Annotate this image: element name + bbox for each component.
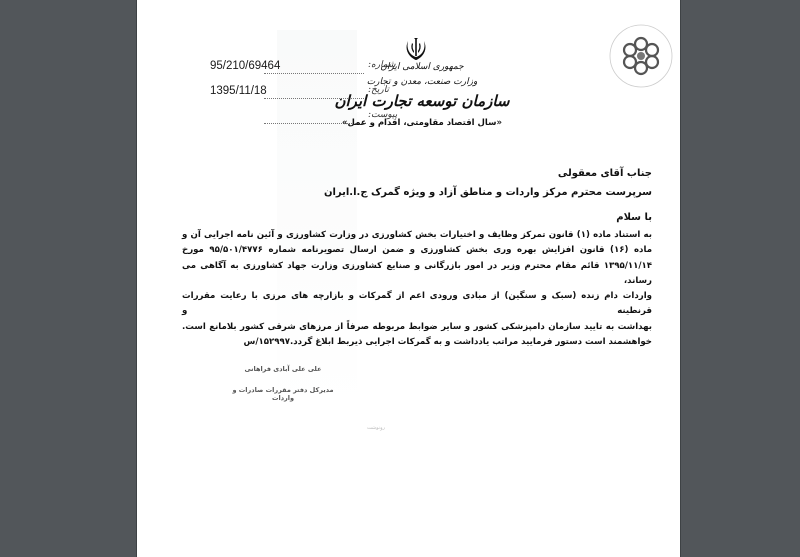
addressee-block: جناب آقای معقولی سرپرست محترم مرکز واردا… bbox=[192, 168, 652, 206]
letter-date: 1395/11/18 bbox=[210, 85, 267, 97]
addressee-name: جناب آقای معقولی bbox=[192, 168, 652, 179]
letter-number: 95/210/69464 bbox=[210, 60, 280, 72]
letterhead-country: جمهوری اسلامی ایران bbox=[317, 62, 527, 72]
body-line: بهداشت به تایید سازمان دامپزشکی کشور و س… bbox=[182, 320, 652, 335]
signature-block: علی علی آبادی فراهانی مدیرکل دفتر مقررات… bbox=[223, 365, 343, 415]
letterhead-organization: سازمان توسعه تجارت ایران bbox=[317, 92, 527, 110]
letterhead: جمهوری اسلامی ایران وزارت صنعت، معدن و ت… bbox=[317, 62, 527, 128]
signatory-title: مدیرکل دفتر مقررات صادرات و واردات bbox=[223, 386, 343, 402]
letter-body: به استناد ماده (۱) قانون تمرکز وظایف و ا… bbox=[182, 228, 652, 350]
signatory-name: علی علی آبادی فراهانی bbox=[223, 365, 343, 373]
salutation: با سلام bbox=[616, 212, 652, 223]
body-line: واردات دام زنده (سبک و سنگین) از مبادی و… bbox=[182, 289, 652, 320]
body-line: ۱۳۹۵/۱۱/۱۴ قائم مقام محترم وزیر در امور … bbox=[182, 259, 652, 290]
addressee-title: سرپرست محترم مرکز واردات و مناطق آزاد و … bbox=[192, 187, 652, 198]
letterhead-ministry: وزارت صنعت، معدن و تجارت bbox=[317, 77, 527, 87]
trade-promotion-organization-logo-icon bbox=[607, 22, 675, 90]
body-line: خواهشمند است دستور فرمایید مراتب یادداشت… bbox=[182, 335, 652, 350]
letterhead-slogan: «سال اقتصاد مقاومتی، اقدام و عمل» bbox=[317, 118, 527, 128]
body-line: به استناد ماده (۱) قانون تمرکز وظایف و ا… bbox=[182, 228, 652, 243]
document-page: 95/210/69464 شماره: 1395/11/18 تاریخ: پی… bbox=[136, 0, 681, 557]
iran-emblem-icon bbox=[403, 36, 429, 62]
body-line: ماده (۱۶) قانون افزایش بهره وری بخش کشاو… bbox=[182, 243, 652, 258]
faint-stamp: رونوشت bbox=[367, 425, 385, 431]
